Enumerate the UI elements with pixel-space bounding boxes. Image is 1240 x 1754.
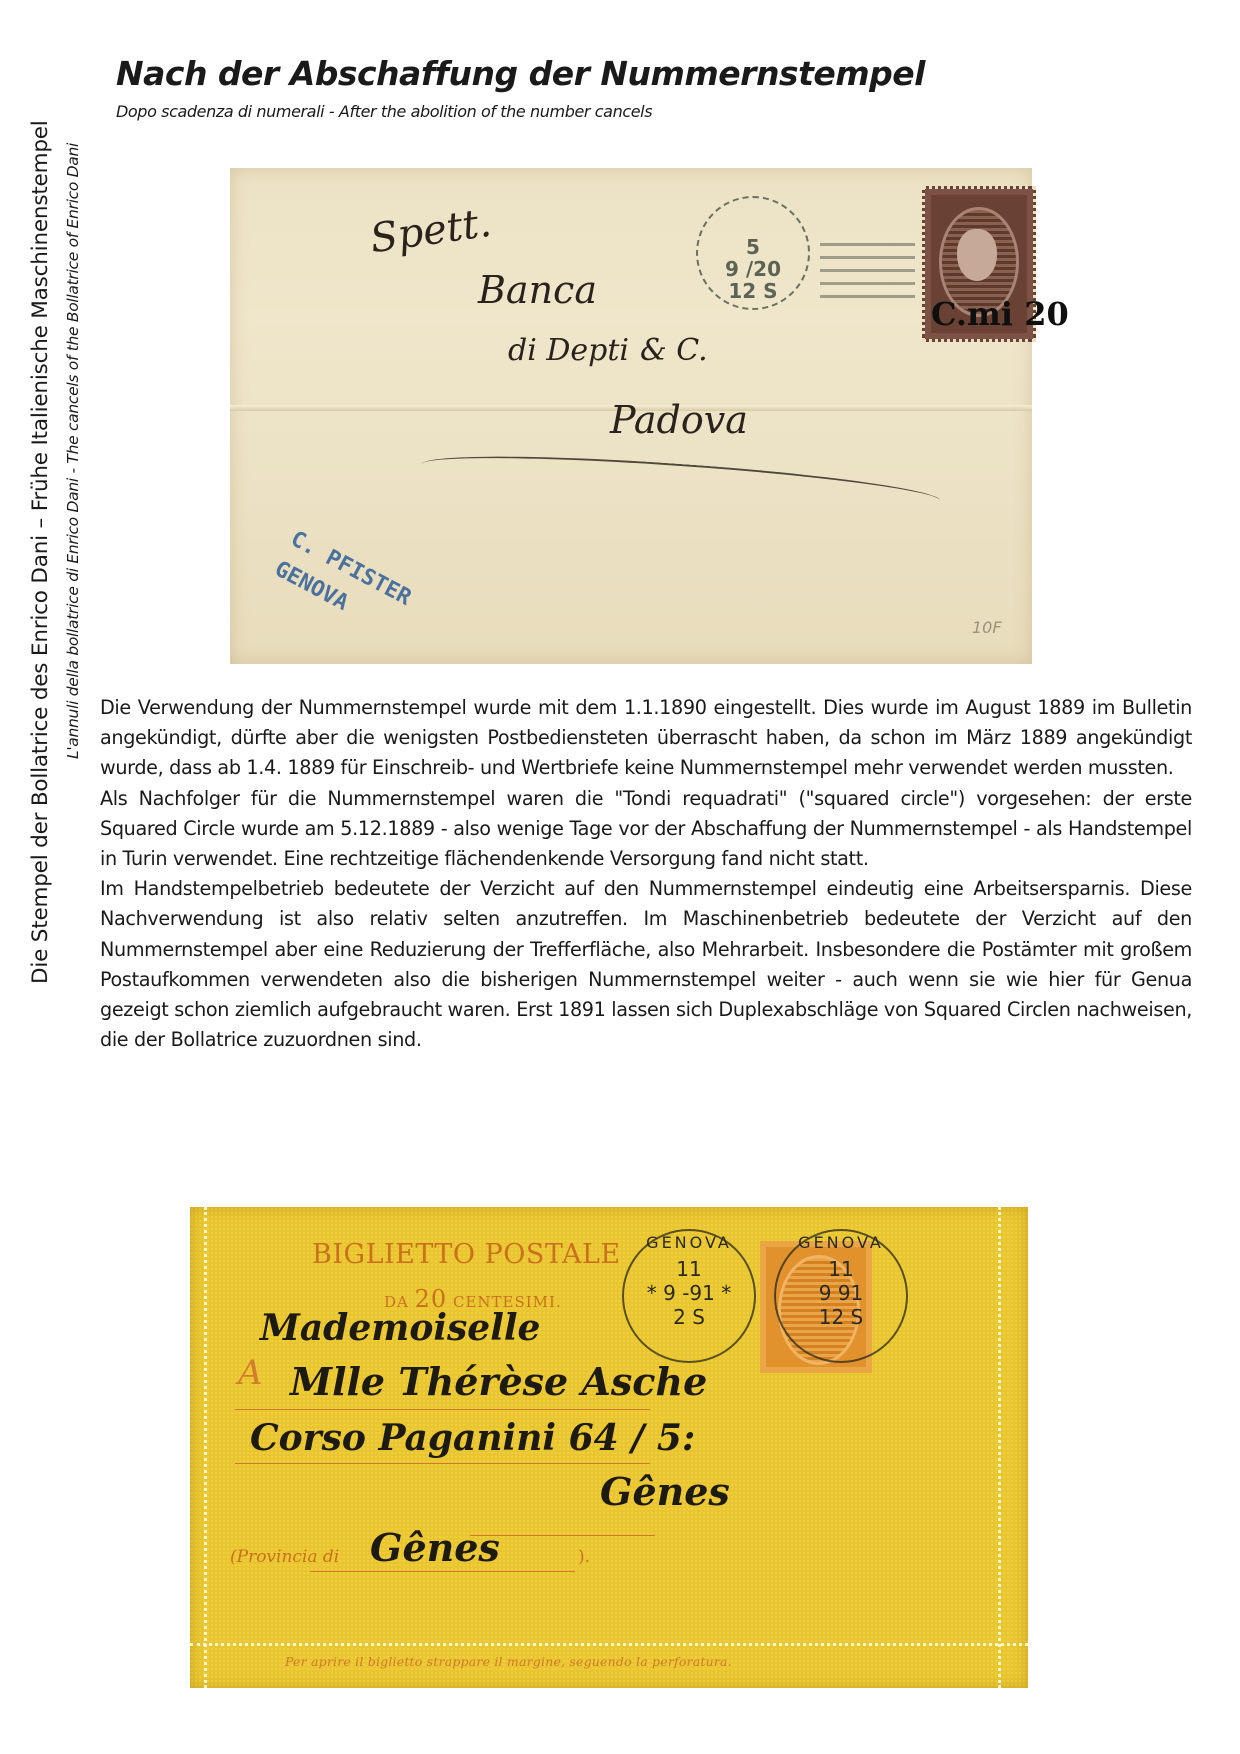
page-title: Nach der Abschaffung der Nummernstempel [116,54,925,93]
address-line-2: Banca [478,268,597,312]
address-city: Gênes [600,1469,730,1514]
address-line-3: di Depti [508,333,629,368]
address-rule-1 [235,1409,650,1410]
series-subtitle-vertical: L'annuli della bollatrice di Enrico Dani… [64,143,82,759]
series-title-vertical: Die Stempel der Bollatrice des Enrico Da… [28,120,53,984]
numeral-bars-cancel [820,233,915,303]
squared-circle-cancel-left: GENOVA 11 * 9 -91 * 2 S [622,1229,756,1363]
stamp-umberto-brown: C.mi 20 [922,186,1036,342]
page-subtitle: Dopo scadenza di numerali - After the ab… [116,102,652,121]
exhibit-letter-genova-padova: 5 9 /20 12 S C.mi 20 Spett. Banca di Dep… [230,168,1032,664]
paragraph-1: Die Verwendung der Nummernstempel wurde … [100,693,1192,784]
pencil-note: 10F [972,618,1002,637]
cancel-date: 11 * 9 -91 * 2 S [624,1257,754,1329]
cancel-town: GENOVA [624,1233,754,1252]
card-footer-instructions: Per aprire il biglietto strappare il mar… [285,1654,732,1669]
exhibit-biglietto-postale: BIGLIETTO POSTALE DA 20 CENTESIMI. GENOV… [190,1207,1028,1688]
address-line-5: Padova [610,398,748,442]
king-portrait-icon [957,229,997,281]
cancel-town: GENOVA [776,1233,906,1252]
stamp-overprint: C.mi 20 [931,295,1069,333]
province-label: (Provincia di [230,1547,339,1567]
cancel-date: 11 9 91 12 S [776,1257,906,1329]
paragraph-3: Im Handstempelbetrieb bedeutete der Verz… [100,874,1192,1055]
address-line-1: Spett. [367,200,494,262]
perforation-left [204,1207,207,1688]
address-ornament: A [238,1353,263,1393]
perforation-right [998,1207,1001,1688]
genova-cancel-postmark: 5 9 /20 12 S [696,196,810,310]
squared-circle-cancel-right: GENOVA 11 9 91 12 S [774,1229,908,1363]
province-value: Gênes [370,1525,500,1570]
address-salutation: Mademoiselle [260,1307,540,1349]
province-close: ). [578,1547,590,1567]
sender-handstamp: C. PFISTER GENOVA [268,523,417,645]
handwriting-flourish [418,446,941,544]
address-rule-2 [235,1463,650,1464]
address-street: Corso Paganini 64 / 5: [250,1417,695,1459]
address-line-4: & C. [640,333,708,368]
paragraph-2: Als Nachfolger für die Nummernstempel wa… [100,784,1192,875]
body-text: Die Verwendung der Nummernstempel wurde … [100,693,1192,1055]
card-title: BIGLIETTO POSTALE [312,1239,621,1270]
address-name: Mlle Thérèse Asche [290,1359,707,1404]
perforation-bottom [190,1643,1028,1646]
cancel-date: 5 9 /20 12 S [698,236,808,302]
province-rule [310,1571,575,1572]
